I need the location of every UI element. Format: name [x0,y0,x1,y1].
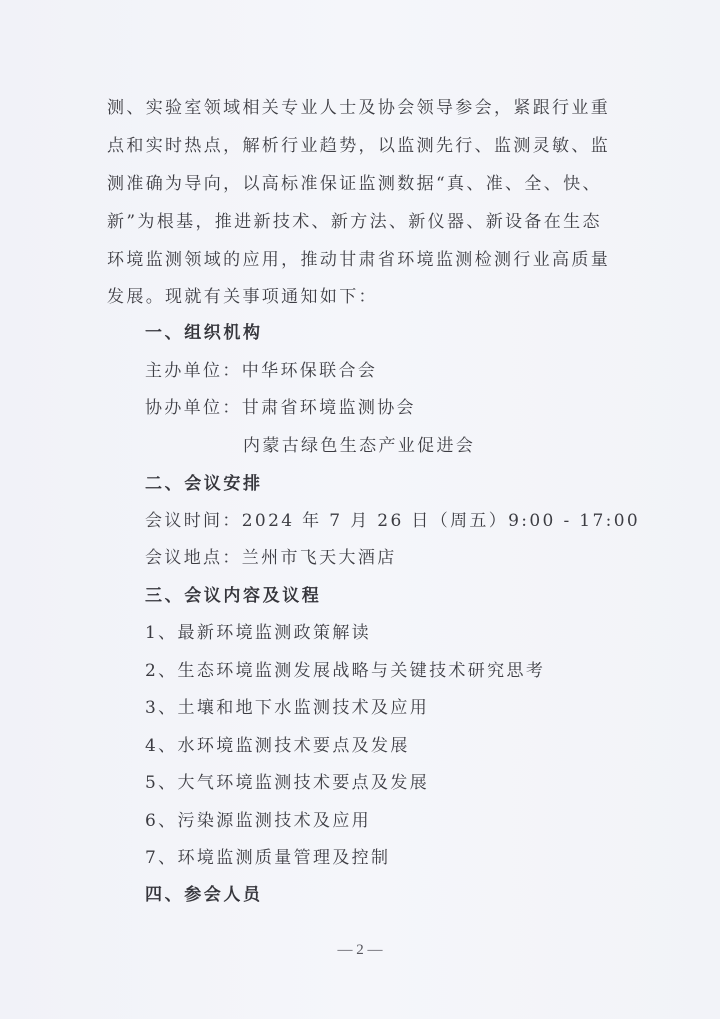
meeting-location: 会议地点：兰州市飞天大酒店 [145,547,397,569]
agenda-item-7: 7、环境监测质量管理及控制 [145,847,390,869]
section-heading-organization: 一、组织机构 [145,322,263,344]
agenda-item-5: 5、大气环境监测技术要点及发展 [145,772,429,794]
intro-line-4: 新”为根基，推进新技术、新方法、新仪器、新设备在生态 [107,211,602,233]
host-organization: 主办单位：中华环保联合会 [145,360,377,382]
agenda-item-1: 1、最新环境监测政策解读 [145,622,371,644]
intro-line-6: 发展。现就有关事项通知如下： [107,286,378,308]
intro-line-3: 测准确为导向，以高标准保证监测数据“真、准、全、快、 [107,173,602,195]
agenda-item-2: 2、生态环境监测发展战略与关键技术研究思考 [145,660,545,682]
intro-line-1: 测、实验室领域相关专业人士及协会领导参会，紧跟行业重 [107,97,610,119]
agenda-item-4: 4、水环境监测技术要点及发展 [145,735,410,757]
agenda-item-3: 3、土壤和地下水监测技术及应用 [145,697,429,719]
intro-line-2: 点和实时热点，解析行业趋势，以监测先行、监测灵敏、监 [107,135,610,157]
section-heading-arrangement: 二、会议安排 [145,473,263,495]
co-host-organization: 协办单位：甘肃省环境监测协会 [145,397,416,419]
meeting-time: 会议时间：2024 年 7 月 26 日（周五）9:00 - 17:00 [145,510,640,532]
co-host-organization-2: 内蒙古绿色生态产业促进会 [243,435,475,457]
document-page: 测、实验室领域相关专业人士及协会领导参会，紧跟行业重 点和实时热点，解析行业趋势… [0,0,720,1019]
page-number: — 2 — [330,942,390,959]
agenda-item-6: 6、污染源监测技术及应用 [145,810,371,832]
section-heading-attendees: 四、参会人员 [145,884,263,906]
section-heading-agenda: 三、会议内容及议程 [145,585,321,607]
intro-line-5: 环境监测领域的应用，推动甘肃省环境监测检测行业高质量 [107,249,610,271]
